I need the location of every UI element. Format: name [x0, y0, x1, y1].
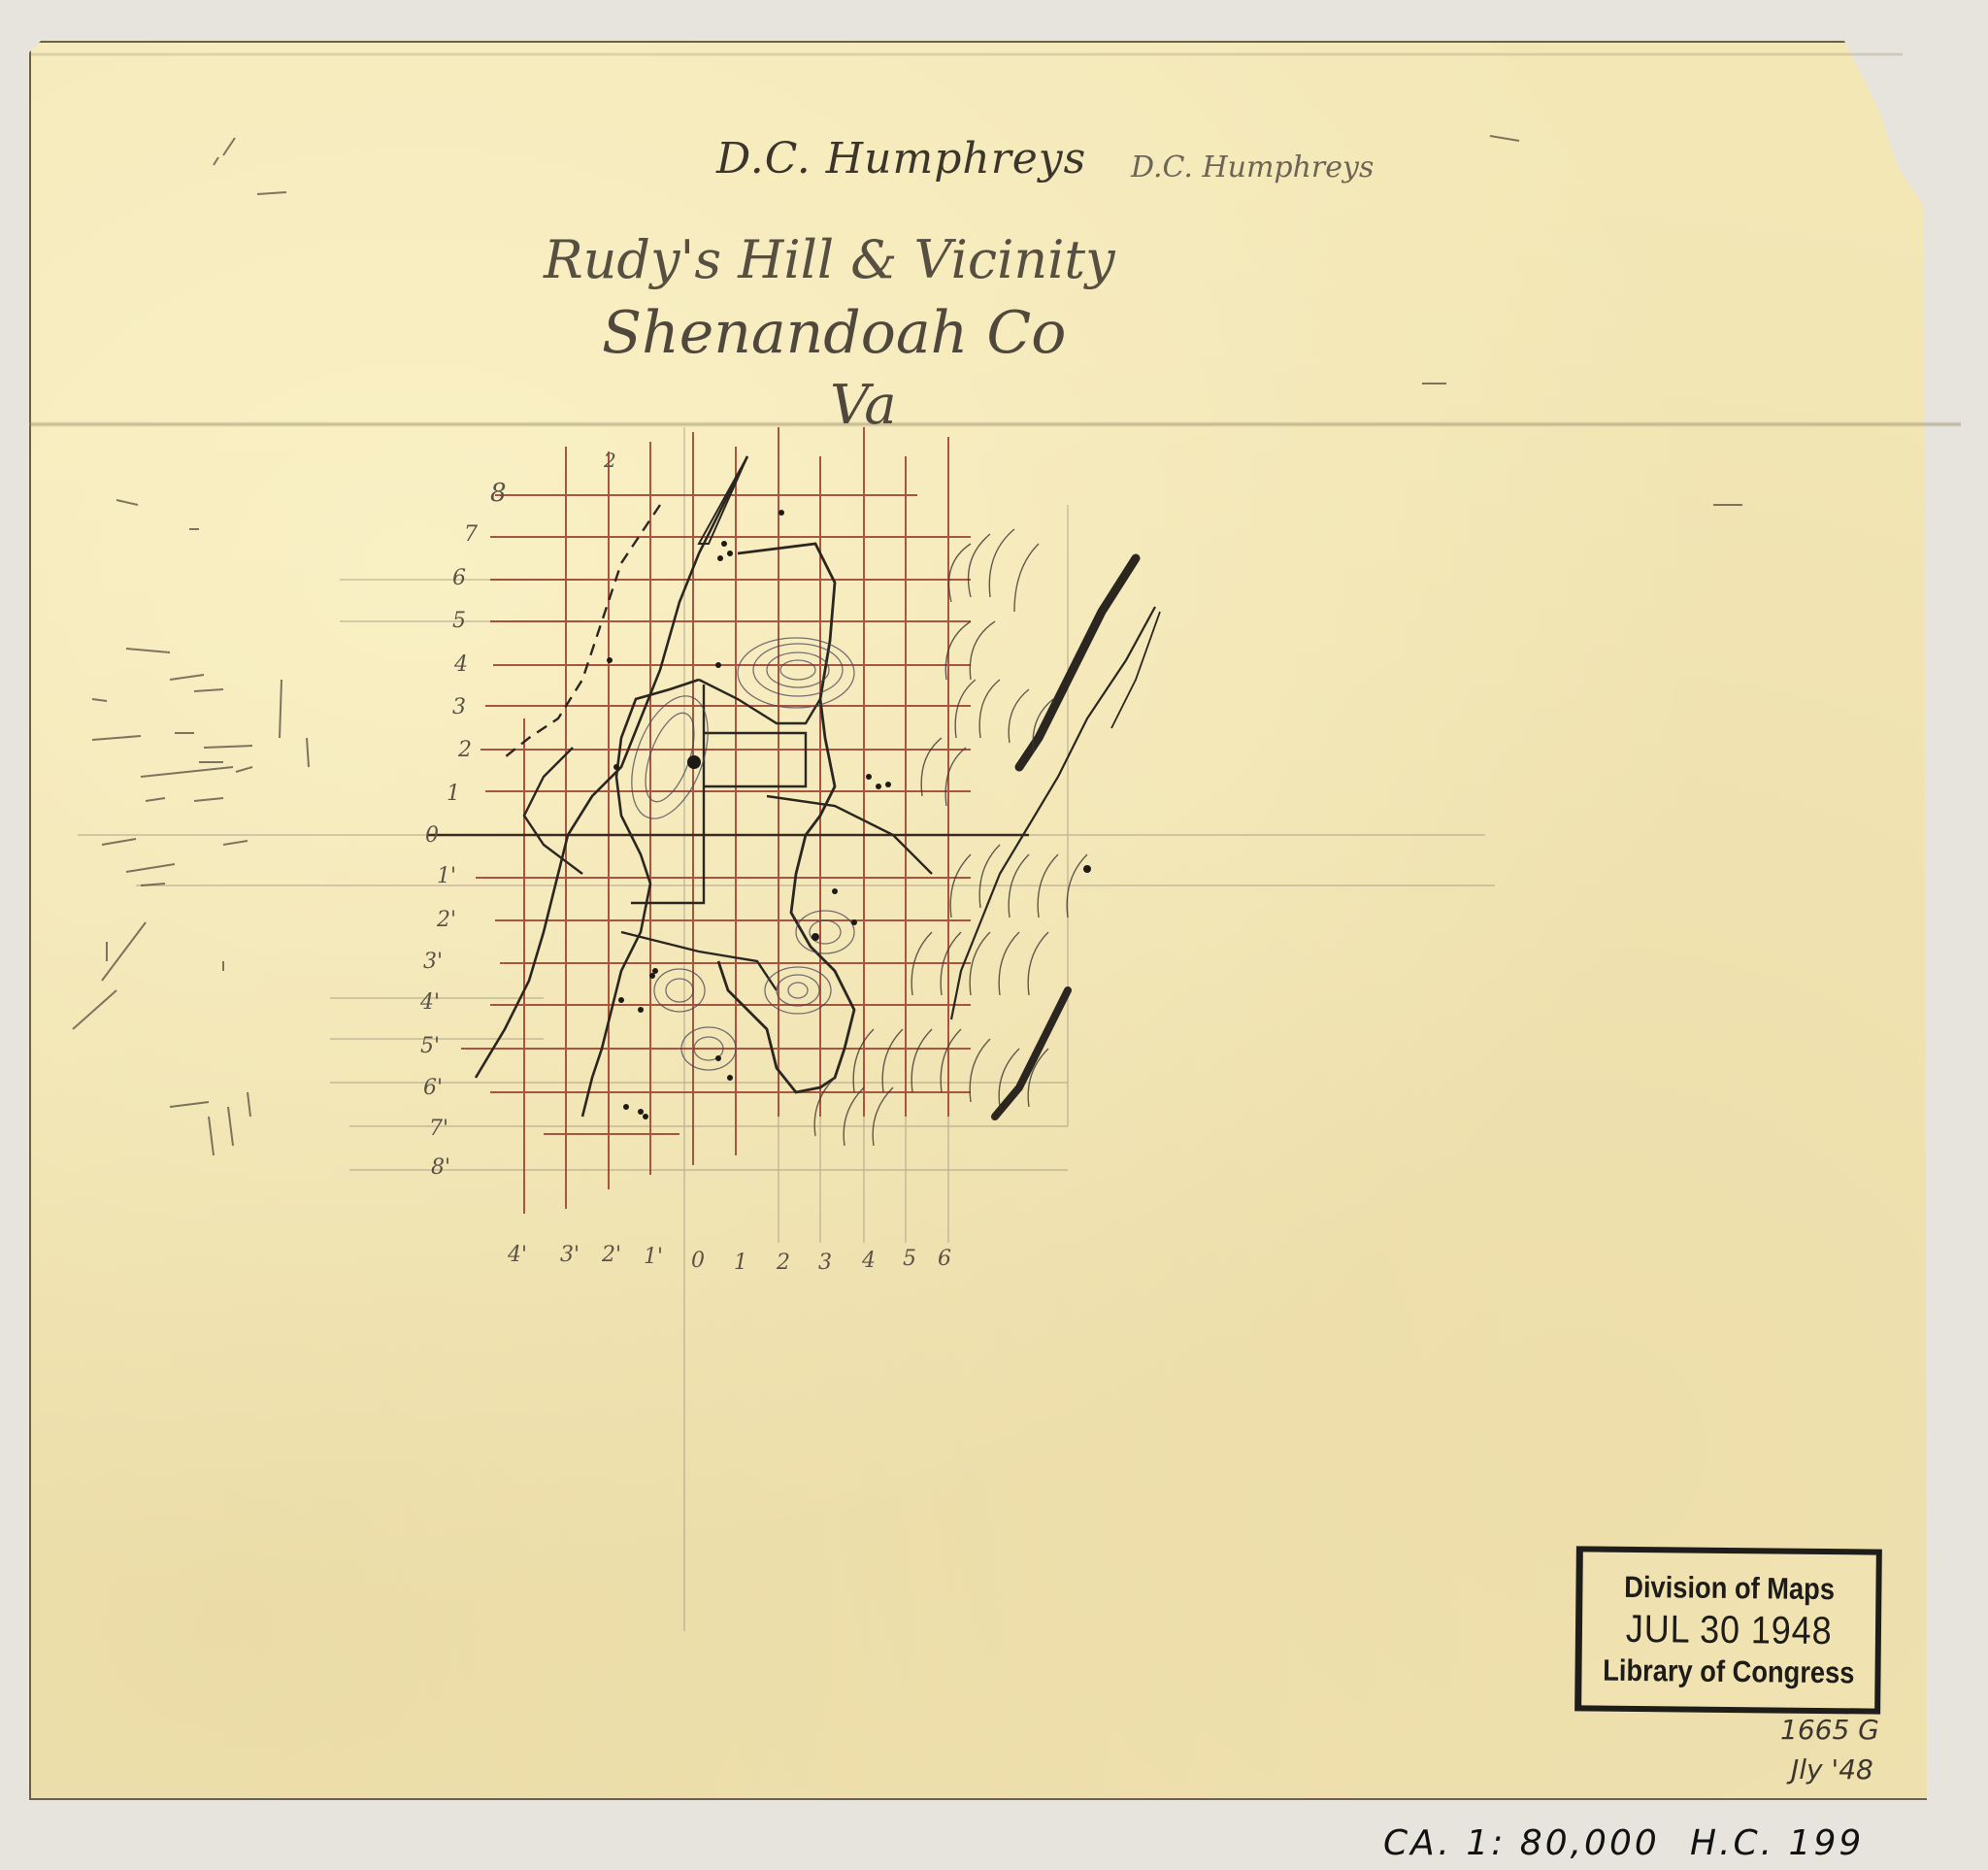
margin-scribbles — [73, 136, 1742, 1155]
x-label-5: 5 — [903, 1247, 916, 1271]
x-label-2p: 2' — [602, 1243, 621, 1267]
x-label-3: 3 — [818, 1251, 832, 1275]
x-label-1p: 1' — [644, 1245, 663, 1269]
call-number: H.C. 199 — [1690, 1823, 1864, 1863]
red-grid — [461, 427, 971, 1214]
x-label-0: 0 — [691, 1249, 705, 1273]
railroad-line — [476, 456, 747, 1078]
accession-number: 1665 G — [1780, 1714, 1879, 1746]
top-grid-label: 2 — [604, 449, 616, 472]
scale-annotation: CA. 1: 80,000 — [1383, 1823, 1660, 1863]
y-label-3: 3 — [452, 695, 466, 719]
x-label-3p: 3' — [560, 1243, 580, 1267]
x-label-2: 2 — [777, 1251, 790, 1275]
southeast-ridge — [995, 990, 1068, 1117]
x-label-4p: 4' — [508, 1243, 527, 1267]
x-label-4: 4 — [862, 1249, 876, 1273]
river-line — [718, 544, 854, 1092]
y-label-7p: 7' — [429, 1117, 448, 1141]
accession-date: Jly '48 — [1791, 1753, 1873, 1786]
y-label-1p: 1' — [437, 864, 456, 888]
stamp-library: Library of Congress — [1603, 1652, 1855, 1693]
pencil-guidelines — [78, 427, 1495, 1631]
y-label-8: 8 — [490, 479, 507, 508]
y-label-4p: 4' — [420, 990, 440, 1015]
dashed-road — [505, 505, 660, 757]
y-label-7: 7 — [464, 522, 478, 547]
x-label-1: 1 — [734, 1251, 747, 1275]
y-label-4: 4 — [454, 652, 468, 677]
y-label-2p: 2' — [437, 908, 456, 932]
y-label-3p: 3' — [423, 950, 443, 974]
stamp-division: Division of Maps — [1624, 1568, 1835, 1609]
y-label-1: 1 — [447, 782, 460, 806]
y-label-2: 2 — [458, 738, 472, 762]
y-label-8p: 8' — [431, 1155, 450, 1180]
y-label-5: 5 — [452, 609, 466, 633]
x-label-6: 6 — [938, 1247, 951, 1271]
y-label-0: 0 — [425, 823, 439, 848]
ink-features — [476, 456, 1160, 1117]
library-stamp: Division of Maps JUL 30 1948 Library of … — [1574, 1546, 1882, 1714]
y-label-5p: 5' — [420, 1034, 440, 1058]
y-label-6p: 6' — [423, 1076, 443, 1100]
y-label-6: 6 — [452, 566, 466, 590]
stamp-date: JUL 30 1948 — [1625, 1607, 1832, 1653]
